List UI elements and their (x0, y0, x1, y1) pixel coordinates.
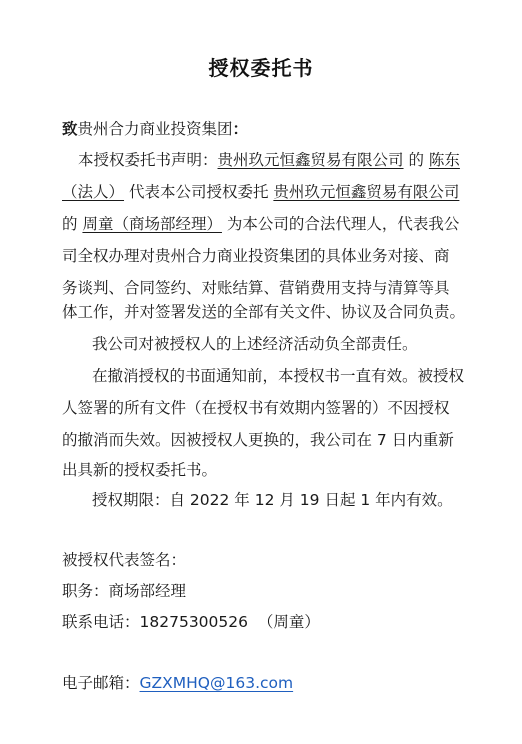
email-line: 电子邮箱：GZXMHQ@163.com (62, 673, 293, 693)
position-value: 商场部经理 (109, 582, 187, 600)
validity-line-2: 人签署的所有文件（在授权书有效期内签署的）不因授权 (62, 398, 450, 418)
declaration-line-3: 的 周童（商场部经理） 为本公司的合法代理人，代表我公 (62, 214, 459, 234)
phone-contact-name: （周童） (258, 613, 320, 631)
declaration-of: 的 (404, 151, 429, 169)
signature-line: 被授权代表签名： (62, 550, 186, 570)
declaration-lead: 本授权委托书声明： (78, 151, 218, 169)
signature-label: 被授权代表签名： (62, 551, 186, 569)
delegate-company: 贵州玖元恒鑫贸易有限公司 (273, 183, 459, 201)
legal-person-name: 陈东 (429, 151, 460, 169)
declaration-of-2: 的 (62, 215, 82, 233)
email-label: 电子邮箱： (62, 674, 140, 692)
position-label: 职务： (62, 582, 109, 600)
recipient-name: 贵州合力商业投资集团 (78, 120, 233, 138)
declaration-mid: 代表本公司授权委托 (124, 183, 273, 201)
validity-line-3: 的撤消而失效。因被授权人更换的，我公司在 7 日内重新 (62, 430, 454, 450)
delegate-name: 周童（商场部经理） (82, 215, 222, 233)
declaration-line-6: 体工作，并对签署发送的全部有关文件、协议及合同负责。 (62, 302, 465, 322)
declaration-line-5: 务谈判、合同签约、对账结算、营销费用支持与清算等具 (62, 278, 450, 298)
validity-line-4: 出具新的授权委托书。 (62, 460, 217, 480)
recipient-prefix: 致 (62, 120, 78, 138)
email-link[interactable]: GZXMHQ@163.com (140, 674, 294, 692)
declaration-line-2: （法人） 代表本公司授权委托 贵州玖元恒鑫贸易有限公司 (62, 182, 459, 202)
legal-person-role: （法人） (62, 183, 124, 201)
term-line: 授权期限：自 2022 年 12 月 19 日起 1 年内有效。 (92, 490, 453, 510)
recipient-suffix: ： (233, 120, 249, 138)
recipient-line: 致贵州合力商业投资集团： (62, 119, 248, 139)
phone-label: 联系电话： (62, 613, 140, 631)
document-title: 授权委托书 (0, 52, 522, 81)
phone-number: 18275300526 (140, 613, 248, 631)
responsibility-paragraph: 我公司对被授权人的上述经济活动负全部责任。 (92, 334, 418, 354)
principal-company: 贵州玖元恒鑫贸易有限公司 (218, 151, 404, 169)
phone-line: 联系电话：18275300526 （周童） (62, 612, 320, 632)
position-line: 职务：商场部经理 (62, 581, 186, 601)
declaration-rest: 为本公司的合法代理人，代表我公 (222, 215, 459, 233)
validity-line-1: 在撤消授权的书面通知前，本授权书一直有效。被授权 (92, 366, 464, 386)
declaration-line-1: 本授权委托书声明：贵州玖元恒鑫贸易有限公司 的 陈东 (78, 150, 460, 170)
declaration-line-4: 司全权办理对贵州合力商业投资集团的具体业务对接、商 (62, 246, 450, 266)
